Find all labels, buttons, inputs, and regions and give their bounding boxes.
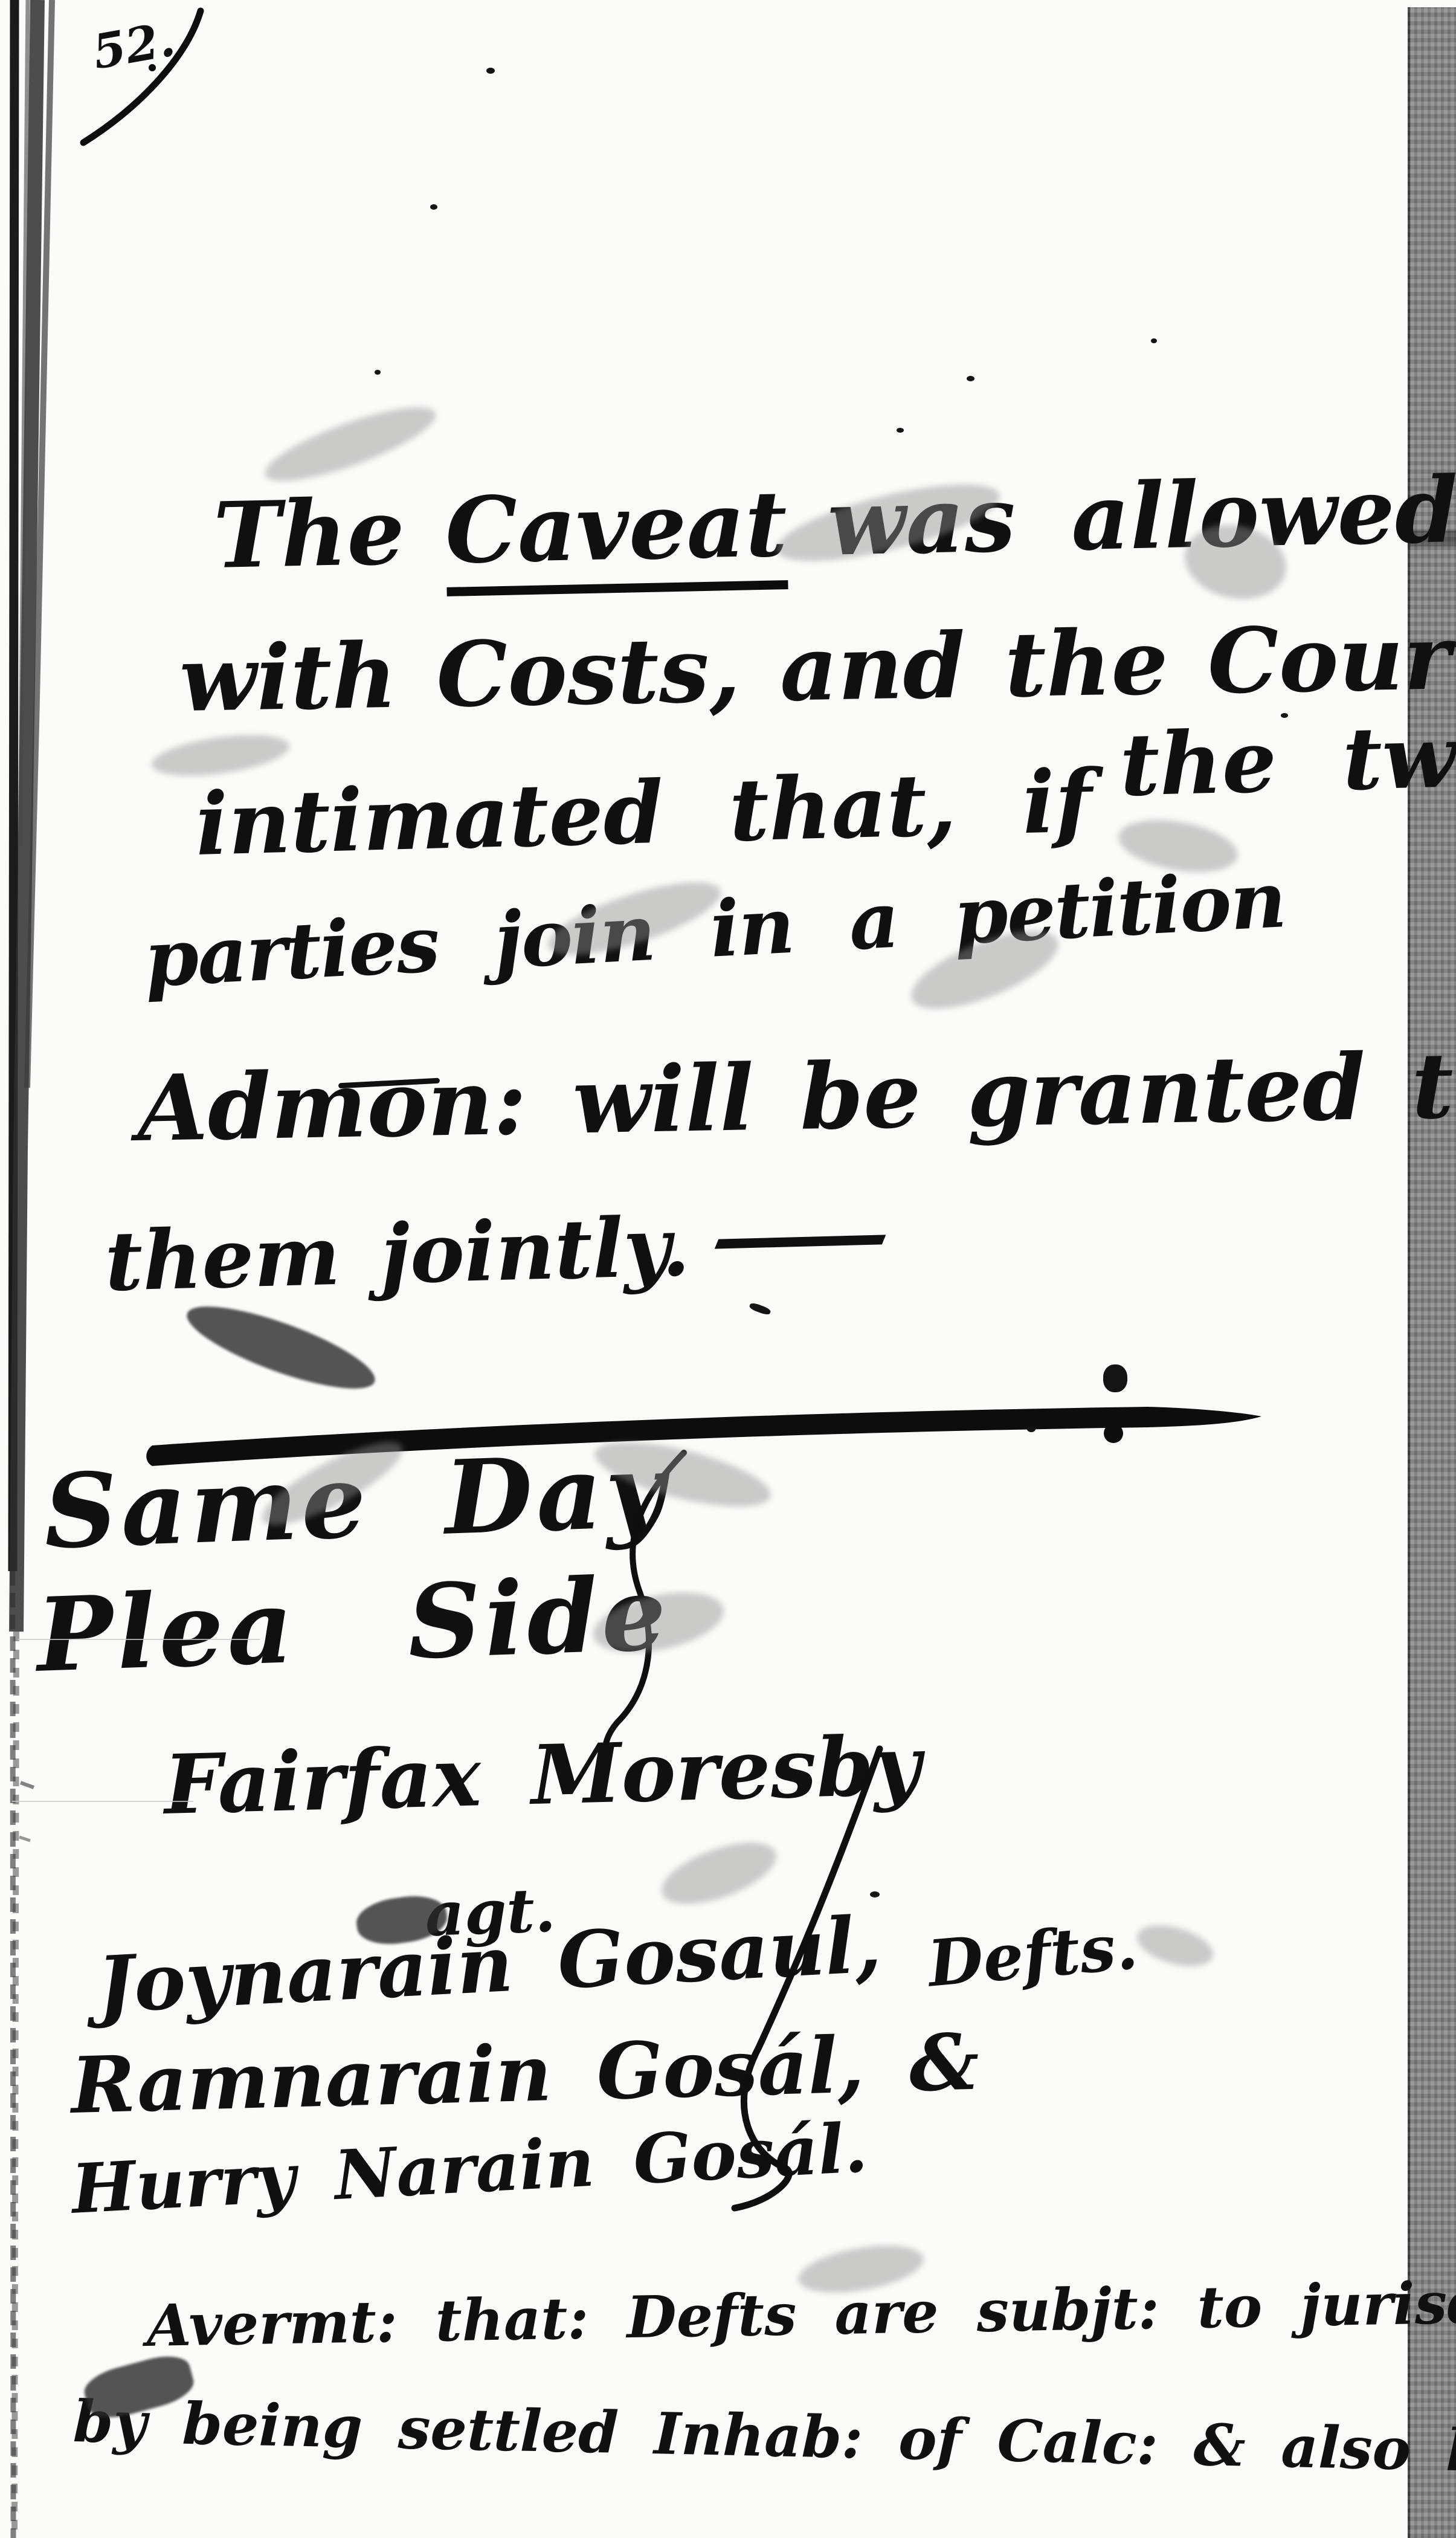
entry-line-6-text: them jointly. bbox=[104, 1198, 691, 1309]
entry-line-1-pre: The bbox=[213, 479, 406, 589]
ink-speck bbox=[375, 370, 381, 375]
ink-speck bbox=[749, 1302, 771, 1316]
ink-speck bbox=[1103, 1364, 1127, 1392]
ink-speck bbox=[1027, 1426, 1036, 1432]
ink-speck bbox=[967, 376, 974, 381]
entry-line-3-inserted-words: the two bbox=[1119, 712, 1456, 809]
entry-line-1-underlined-word: Caveat bbox=[444, 471, 788, 596]
manuscript-page: 52. TheCaveatwas allowed with Costs, and… bbox=[0, 0, 1456, 2538]
crease-line bbox=[18, 1639, 260, 1640]
ink-speck bbox=[507, 1251, 515, 1256]
ink-speck bbox=[897, 428, 904, 433]
averment-line-2: by being settled Inhab: of Calc: & also … bbox=[72, 2393, 1456, 2481]
ink-speck bbox=[870, 1891, 880, 1897]
docket-defendants-role: Defts. bbox=[926, 1914, 1140, 1996]
entry-line-4: parties join in a petition bbox=[143, 861, 1287, 998]
entry-line-6: them jointly.— bbox=[104, 1203, 789, 1302]
ink-smudge bbox=[179, 1291, 382, 1404]
ink-speck bbox=[1151, 338, 1157, 343]
docket-side-label: Plea Side bbox=[35, 1562, 671, 1685]
docket-defendant-1: Joynarain Gosaul, bbox=[95, 1906, 883, 2024]
ink-speck bbox=[1281, 713, 1288, 718]
entry-line-3: intimated that, ifthe two bbox=[195, 748, 1456, 868]
docket-defendant-3: Hurry Narain Gosál. bbox=[70, 2114, 869, 2224]
entry-line-5: Admon: will be granted to bbox=[137, 1039, 1456, 1154]
folio-number: 52. bbox=[89, 16, 178, 76]
docket-plaintiff: Fairfax Moresby bbox=[163, 1724, 922, 1826]
page-edge-right bbox=[1408, 7, 1456, 2538]
averment-line-1: Avermt: that: Defts are subjt: to jurisd bbox=[146, 2274, 1456, 2355]
ink-smudge bbox=[1132, 1917, 1218, 1974]
ink-speck bbox=[486, 68, 495, 74]
ink-speck bbox=[430, 204, 437, 210]
ink-smudge bbox=[654, 1830, 784, 1917]
entry-line-3-pre: intimated that, if bbox=[195, 751, 1094, 875]
entry-line-2: with Costs, and the Court bbox=[179, 612, 1456, 724]
entry-line-6-dash: — bbox=[705, 1192, 895, 1278]
crease-line bbox=[12, 1801, 193, 1802]
